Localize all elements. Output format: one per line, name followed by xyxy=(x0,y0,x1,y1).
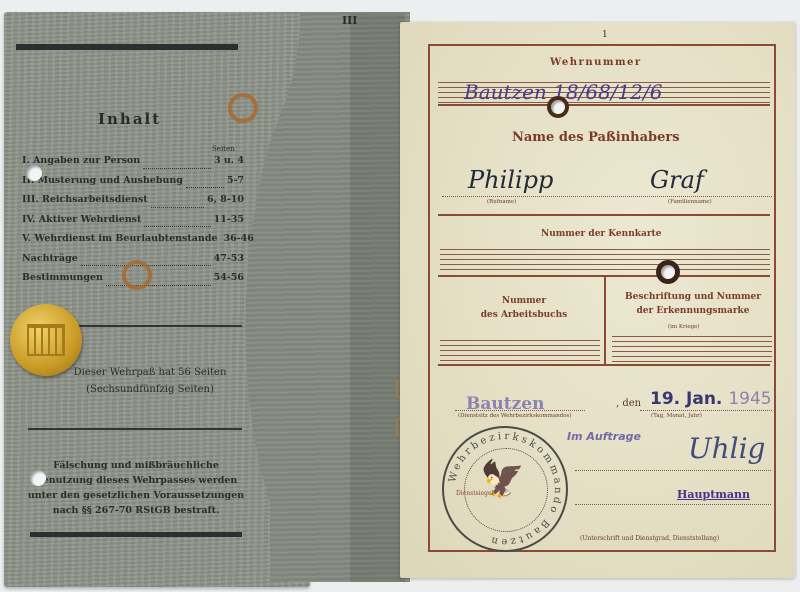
erkennungsmarke-label: Beschriftung und Nummer der Erkennungsma… xyxy=(610,290,776,318)
first-name-value: Philipp xyxy=(468,166,553,194)
spine-shadow xyxy=(350,14,405,582)
pages-column-label: Seiten xyxy=(212,145,235,153)
kennkarte-label: Nummer der Kennkarte xyxy=(541,229,661,239)
passholder-name-label: Name des Paßinhabers xyxy=(512,130,680,145)
wehrnummer-label: Wehrnummer xyxy=(550,57,642,68)
arbeitsbuch-field-lines xyxy=(440,336,600,364)
divider xyxy=(438,104,770,106)
date-format-label: (Tag, Monat, Jahr) xyxy=(651,413,702,419)
contents-title: Inhalt xyxy=(98,110,161,128)
divider xyxy=(438,214,770,216)
im-kriege-label: (im Kriege) xyxy=(668,324,700,330)
punch-hole xyxy=(30,470,46,486)
den-label: , den xyxy=(616,398,641,409)
punch-hole xyxy=(656,260,680,284)
issue-date: 19. Jan. 1945 xyxy=(650,389,772,409)
place-line xyxy=(455,410,585,411)
punch-hole xyxy=(547,96,569,118)
arbeitsbuch-label: Nummer des Arbeitsbuchs xyxy=(440,294,608,322)
name-line xyxy=(442,196,772,197)
rust-stain xyxy=(228,93,258,123)
official-seal: Wehrbezirkskommando Bautzen 🦅 Dienstsieg… xyxy=(442,426,568,552)
rufname-label: (Rufname) xyxy=(487,199,516,205)
punch-hole xyxy=(26,165,42,181)
forgery-warning: Fälschung und mißbräuchliche Benutzung d… xyxy=(26,458,246,518)
rank-stamp: Hauptmann xyxy=(677,488,750,501)
signature-line xyxy=(575,470,771,471)
familienname-label: (Familienname) xyxy=(668,199,712,205)
erkennungsmarke-field-lines xyxy=(612,332,772,364)
dienstsiegel-label: Dienstsiegel xyxy=(456,490,494,497)
rank-line xyxy=(575,504,771,505)
brandenburg-gate-icon xyxy=(27,324,65,356)
toc-item: III. Reichsarbeitsdienst6, 8-10 xyxy=(22,194,244,214)
page-number: 1 xyxy=(602,30,608,40)
signature-label: (Unterschrift und Dienstgrad, Dienststel… xyxy=(580,535,719,542)
rust-stain xyxy=(122,260,152,290)
bottom-divider xyxy=(30,532,242,537)
page-count-note: Dieser Wehrpaß hat 56 Seiten (Sechsundfü… xyxy=(60,364,240,398)
divider xyxy=(438,364,770,366)
toc-item: V. Wehrdienst im Beurlaubtenstande36-46 xyxy=(22,233,244,253)
place-stamp: Bautzen xyxy=(466,394,544,414)
euro-coin xyxy=(10,304,82,376)
divider xyxy=(28,428,242,430)
kennkarte-field-lines xyxy=(440,245,770,273)
toc-item: II. Musterung und Aushebung5-7 xyxy=(22,175,244,195)
last-name-value: Graf xyxy=(650,166,704,194)
pocket-marker: III xyxy=(342,14,357,27)
dienstsitz-label: (Dienstsitz des Wehrbezirkskommandos) xyxy=(458,413,571,419)
im-auftrage-stamp: Im Auftrage xyxy=(567,430,641,443)
toc-item: I. Angaben zur Person3 u. 4 xyxy=(22,155,244,175)
toc-item: IV. Aktiver Wehrdienst11-35 xyxy=(22,214,244,234)
date-line xyxy=(640,410,772,411)
top-divider xyxy=(16,44,238,50)
signature: Uhlig xyxy=(688,432,765,465)
